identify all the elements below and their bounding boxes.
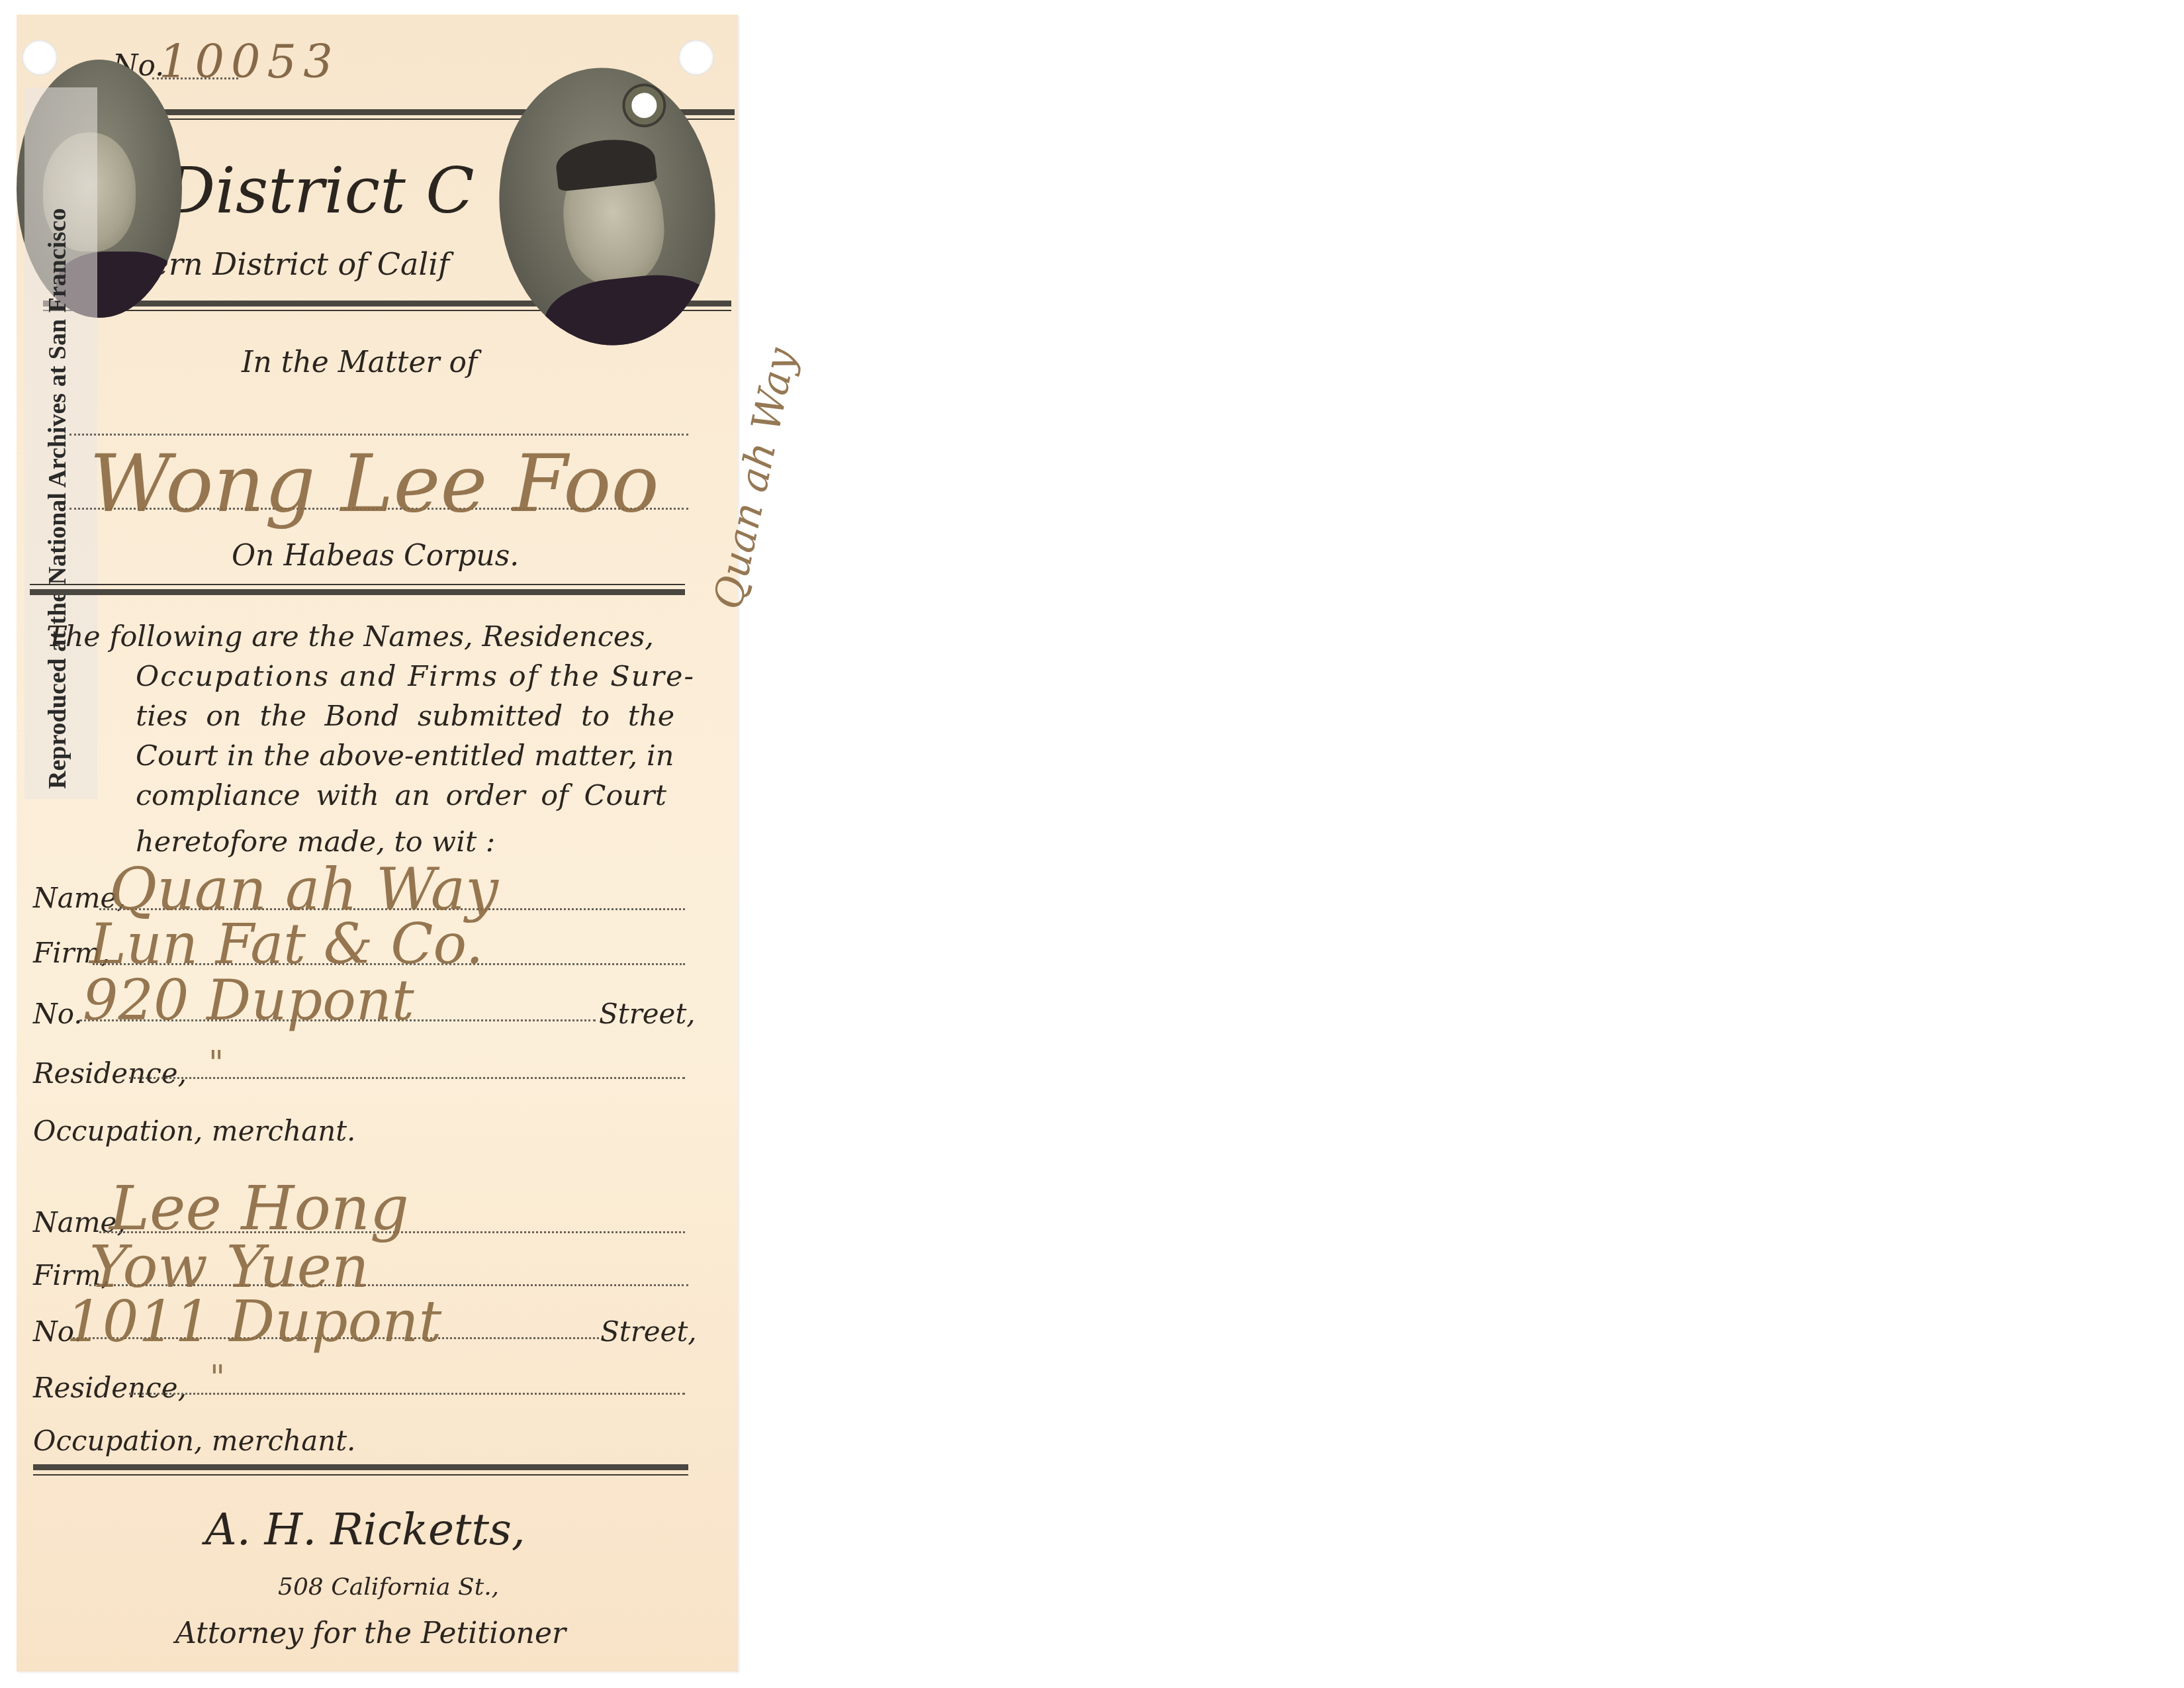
case-number-line	[152, 77, 238, 79]
petitioner-name: Wong Lee Foo	[89, 438, 659, 530]
footer-rule-thick	[33, 1464, 688, 1470]
punch-hole-left	[22, 40, 58, 75]
surety-1-occupation: Occupation, merchant.	[33, 1115, 355, 1147]
intro-line-5: compliance with an order of Court	[136, 779, 666, 812]
attorney-name: A. H. Ricketts,	[205, 1504, 525, 1555]
eyelet	[623, 84, 665, 126]
habeas-label: On Habeas Corpus.	[232, 539, 519, 573]
surety-2-residence-label: Residence,	[33, 1372, 187, 1404]
case-number: 10053	[159, 34, 340, 89]
surety-1-street-label: Street,	[599, 998, 696, 1030]
punch-hole-right	[678, 40, 714, 75]
intro-line-2: Occupations and Firms of the Sure-	[136, 660, 695, 693]
matter-label: In the Matter of	[242, 346, 477, 379]
photograph-right	[486, 57, 729, 356]
margin-signature: Quan ah Way	[705, 344, 805, 614]
surety-1-number-label: No.	[33, 998, 83, 1030]
intro-line-1: The following are the Names, Residences,	[46, 620, 654, 653]
body-rule-thin	[30, 584, 685, 585]
attorney-role: Attorney for the Petitioner	[175, 1617, 566, 1650]
surety-2-residence: "	[210, 1358, 225, 1397]
attorney-address: 508 California St.,	[278, 1573, 499, 1601]
intro-line-4: Court in the above-entitled matter, in	[136, 739, 674, 773]
surety-1-firm: Lun Fat & Co.	[89, 912, 483, 976]
body-rule-thick	[30, 589, 685, 595]
intro-line-3: ties on the Bond submitted to the	[136, 700, 674, 733]
petitioner-line-1	[69, 434, 688, 436]
archive-stamp: Reproduced at the National Archives at S…	[24, 87, 97, 799]
surety-1-residence-label: Residence,	[33, 1057, 187, 1090]
court-document: No. 10053 S. District C orthern District…	[17, 15, 738, 1671]
intro-line-6: heretofore made, to wit :	[136, 825, 495, 859]
surety-2-street-label: Street,	[600, 1315, 697, 1348]
surety-2-occupation: Occupation, merchant.	[33, 1425, 355, 1457]
surety-1-residence: "	[208, 1044, 224, 1082]
footer-rule-thin	[33, 1474, 688, 1476]
surety-1-address: 920 Dupont	[83, 968, 414, 1033]
surety-2-address: 1011 Dupont	[66, 1289, 441, 1355]
portrait-robe-right	[541, 269, 721, 356]
